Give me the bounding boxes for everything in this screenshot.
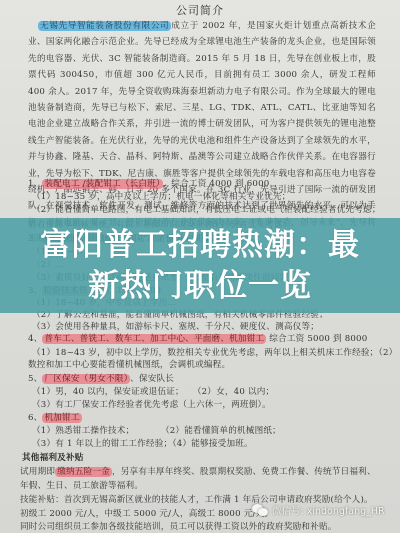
- job-1-heading: 1、装配电工 /装配钳工（长白班），综合工资 4000 到 6000: [28, 178, 269, 190]
- job-1-req-2: （2）能看懂简单电路图，有电工基础知识，有低压电工证或电气柜装配经验者优先考虑；: [32, 204, 381, 216]
- job-4-req-1: （1）18~43 岁，初中以上学历，数控相关专业优先考虑，两年以上相关机床工作经…: [32, 347, 397, 359]
- benefits-line-2: 年假、生日、员工旅游等福利。: [20, 480, 143, 492]
- benefits-highlight: 缴纳五险一金: [55, 467, 112, 477]
- job-5-req-1: （1）男，40 以内，保安证或退伍证； （2）女，40 以内；: [32, 386, 274, 398]
- benefits-text: 试用期即: [20, 467, 55, 477]
- company-name-highlight: 无锡先导智能装备股份有限公司: [38, 21, 171, 31]
- job-6-req-1: （1）熟悉钳工操作技术； （2）能看懂简单的机械图纸；: [32, 425, 281, 437]
- job-3-req-3: （3）会使用各种量具，如游标卡尺、塞规、千分尺、硬度仪、测高仪等；: [32, 321, 319, 333]
- benefits-line-1: 试用期即缴纳五险一金，另享有丰厚年终奖、股票期权奖励、免费工作餐、传统节日福利、: [20, 466, 376, 478]
- watermark: 微信号: xindongfang_HR: [252, 503, 385, 517]
- job-number: 6、: [28, 413, 42, 423]
- title-banner: 富阳普工招聘热潮：最 新热门职位一览: [0, 218, 400, 313]
- job-5-heading: 5、厂区保安（男女不限）、保安队长: [28, 373, 174, 385]
- job-salary: 、保安队长: [130, 374, 174, 384]
- job-salary: ，综合工资 4000 到 6000: [163, 179, 270, 189]
- job-title-highlight: 机加钳工: [42, 413, 81, 423]
- job-title-highlight: 装配电工 /装配钳工（长白班）: [42, 179, 162, 189]
- banner-title: 富阳普工招聘热潮：最 新热门职位一览: [0, 218, 400, 313]
- job-4-heading: 4、普车工、普铣工、数车工、加工中心、平面磨、机加钳工 综合工资 5000 到 …: [28, 333, 367, 345]
- benefits-line-4: 初级工 2000 元/人，中级工 5000 元/人，高级工 8000 元/人。: [20, 508, 273, 520]
- watermark-text: 微信号: xindongfang_HR: [272, 503, 385, 517]
- benefits-text: ，另享有丰厚年终奖、股票期权奖励、免费工作餐、传统节日福利、: [112, 467, 376, 477]
- job-number: 5、: [28, 374, 42, 384]
- wechat-icon: [252, 504, 268, 517]
- job-6-req-2: （3）有 1 年以上的钳工工作经验；（4）能够接受加班。: [32, 438, 253, 450]
- benefits-heading: 其他福利及补贴: [22, 452, 84, 464]
- banner-title-line-1: 富阳普工招聘热潮：最: [40, 229, 360, 262]
- job-5-req-2: （3）有工厂保安工作经验者优先考虑（上六休一，两班倒）。: [32, 399, 271, 411]
- job-1-req-1: （1）18~35 岁，高中及以上学历；机电一体化等相关专业优先；: [32, 191, 291, 203]
- benefits-line-5: 同时公司组织员工参加各级技能培训，员工可以获得工资以外的政府奖励和补贴。: [20, 521, 337, 533]
- job-number: 1、: [28, 179, 42, 189]
- banner-title-line-2: 新热门职位一览: [88, 270, 312, 303]
- job-4-req-2: 数控和加工中心要能看懂机械图纸，会调机或编程。: [28, 359, 230, 371]
- job-title-highlight: 厂区保安（男女不限）: [42, 374, 130, 384]
- job-salary: 综合工资 5000 到 8000: [266, 334, 367, 344]
- job-title-highlight: 普车工、普铣工、数车工、加工中心、平面磨、机加钳工: [42, 334, 266, 344]
- document-title: 公司简介: [0, 2, 400, 18]
- job-6-heading: 6、机加钳工: [28, 412, 82, 424]
- job-number: 4、: [28, 334, 42, 344]
